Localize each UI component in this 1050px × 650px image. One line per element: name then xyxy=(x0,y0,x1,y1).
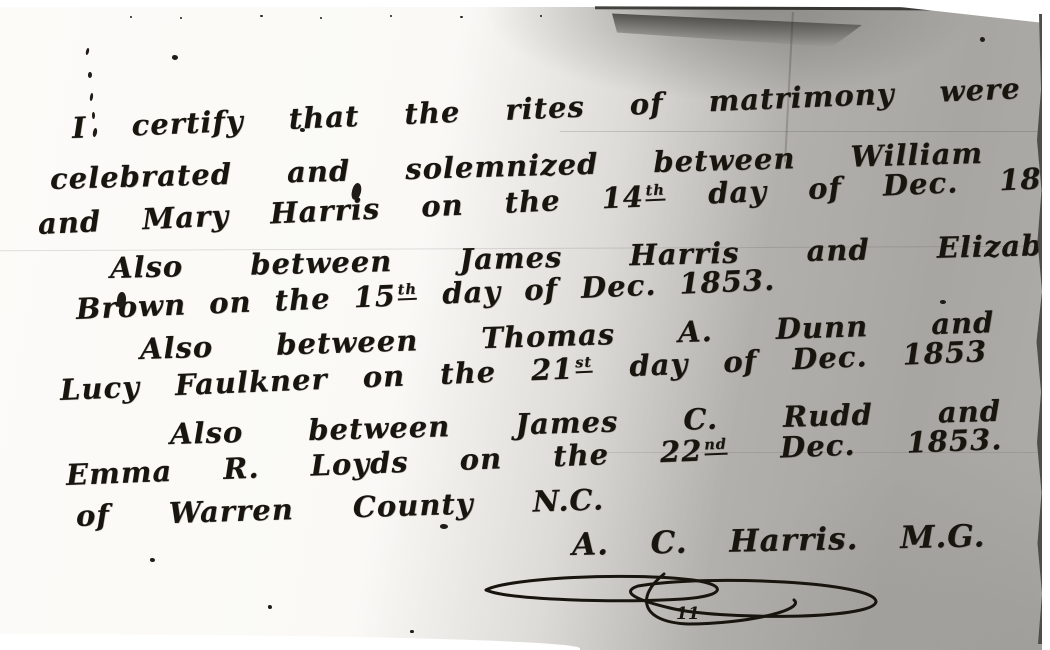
ink-speck xyxy=(180,17,182,19)
ink-speck xyxy=(410,630,414,633)
ink-speck xyxy=(460,16,463,18)
ink-speck xyxy=(268,605,272,609)
ink-speck xyxy=(440,524,448,529)
ink-speck xyxy=(980,37,985,42)
ink-speck xyxy=(172,55,178,60)
ink-speck xyxy=(300,128,305,132)
ink-speck xyxy=(940,300,946,304)
signature-flourish: 11 xyxy=(478,556,888,628)
ink-speck xyxy=(540,15,542,17)
flourish-mark: 11 xyxy=(676,604,700,624)
ink-speck xyxy=(320,17,322,19)
ink-speck xyxy=(130,16,132,18)
fold-crease xyxy=(560,131,1040,132)
scan-margin-right xyxy=(1042,0,1050,650)
ink-speck xyxy=(92,112,95,119)
ink-speck xyxy=(390,15,392,17)
ink-speck xyxy=(260,15,263,17)
ink-speck xyxy=(150,558,155,562)
